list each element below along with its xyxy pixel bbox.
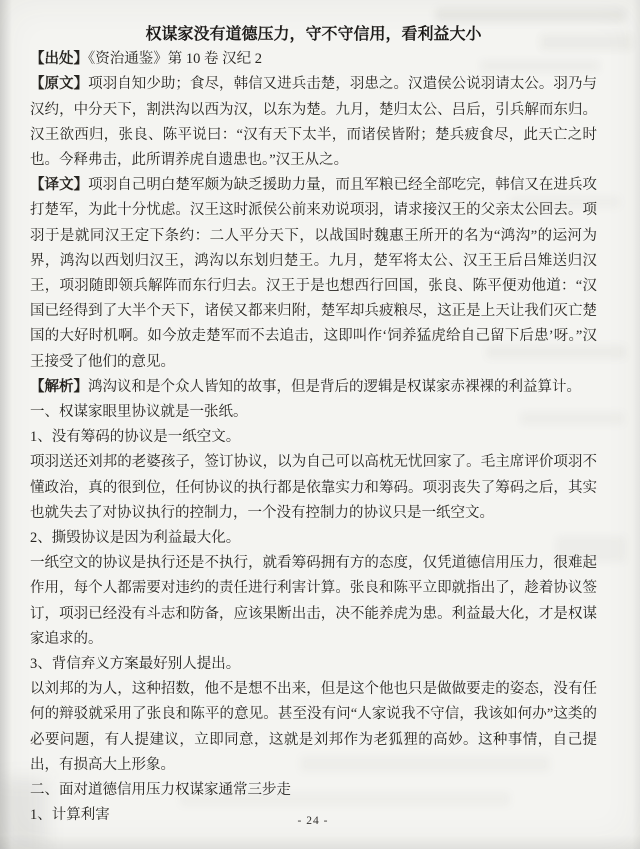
translation-paragraph: 【译文】项羽自己明白楚军颇为缺乏援助力量，而且军粮已经全部吃完，韩信又在进兵攻打… xyxy=(30,173,597,375)
source-line: 【出处】《资治通鉴》第 10 卷 汉纪 2 xyxy=(30,47,597,72)
analysis-label: 【解析】 xyxy=(30,379,88,395)
analysis-paragraph: 【解析】鸿沟议和是个众人皆知的故事，但是背后的逻辑是权谋家赤裸裸的利益算计。 xyxy=(30,375,597,400)
scan-shadow-right xyxy=(632,0,640,849)
scan-shadow-bottom xyxy=(0,835,640,849)
analysis-text: 鸿沟议和是个众人皆知的故事，但是背后的逻辑是权谋家赤裸裸的利益算计。 xyxy=(88,379,581,395)
page-number: - 24 - xyxy=(0,815,626,827)
article-title: 权谋家没有道德压力，守不守信用，看利益大小 xyxy=(30,22,597,47)
point-1-2-heading: 2、撕毁协议是因为利益最大化。 xyxy=(30,526,597,551)
point-1-3-body: 以刘邦的为人，这种招数，他不是想不出来，但是这个他也只是做做要走的姿态，没有任何… xyxy=(30,677,597,778)
scan-shadow-left xyxy=(0,0,12,849)
point-1-3-heading: 3、背信弃义方案最好别人提出。 xyxy=(30,652,597,677)
point-1-1-heading: 1、没有筹码的协议是一纸空文。 xyxy=(30,425,597,450)
source-text: 《资治通鉴》第 10 卷 汉纪 2 xyxy=(88,51,262,67)
page-content: 权谋家没有道德压力，守不守信用，看利益大小 【出处】《资治通鉴》第 10 卷 汉… xyxy=(30,22,597,829)
translation-label: 【译文】 xyxy=(30,177,88,193)
point-1-1-body: 项羽送还刘邦的老婆孩子，签订协议，以为自己可以高枕无忧回家了。毛主席评价项羽不懂… xyxy=(30,450,597,526)
scanned-book-page: 权谋家没有道德压力，守不守信用，看利益大小 【出处】《资治通鉴》第 10 卷 汉… xyxy=(0,0,640,849)
scan-artifact xyxy=(436,8,626,22)
original-text-paragraph: 【原文】项羽自知少助；食尽，韩信又进兵击楚，羽患之。汉遣侯公说羽请太公。羽乃与汉… xyxy=(30,72,597,173)
section-2-heading: 二、面对道德信用压力权谋家通常三步走 xyxy=(30,778,597,803)
source-label: 【出处】 xyxy=(30,51,88,67)
point-1-2-body: 一纸空文的协议是执行还是不执行，就看筹码拥有方的态度，仅凭道德信用压力，很难起作… xyxy=(30,551,597,652)
section-1-heading: 一、权谋家眼里协议就是一张纸。 xyxy=(30,400,597,425)
original-text: 项羽自知少助；食尽，韩信又进兵击楚，羽患之。汉遣侯公说羽请太公。羽乃与汉约，中分… xyxy=(30,76,597,168)
original-label: 【原文】 xyxy=(30,76,88,92)
translation-text: 项羽自己明白楚军颇为缺乏援助力量，而且军粮已经全部吃完，韩信又在进兵攻打楚军，为… xyxy=(30,177,597,369)
